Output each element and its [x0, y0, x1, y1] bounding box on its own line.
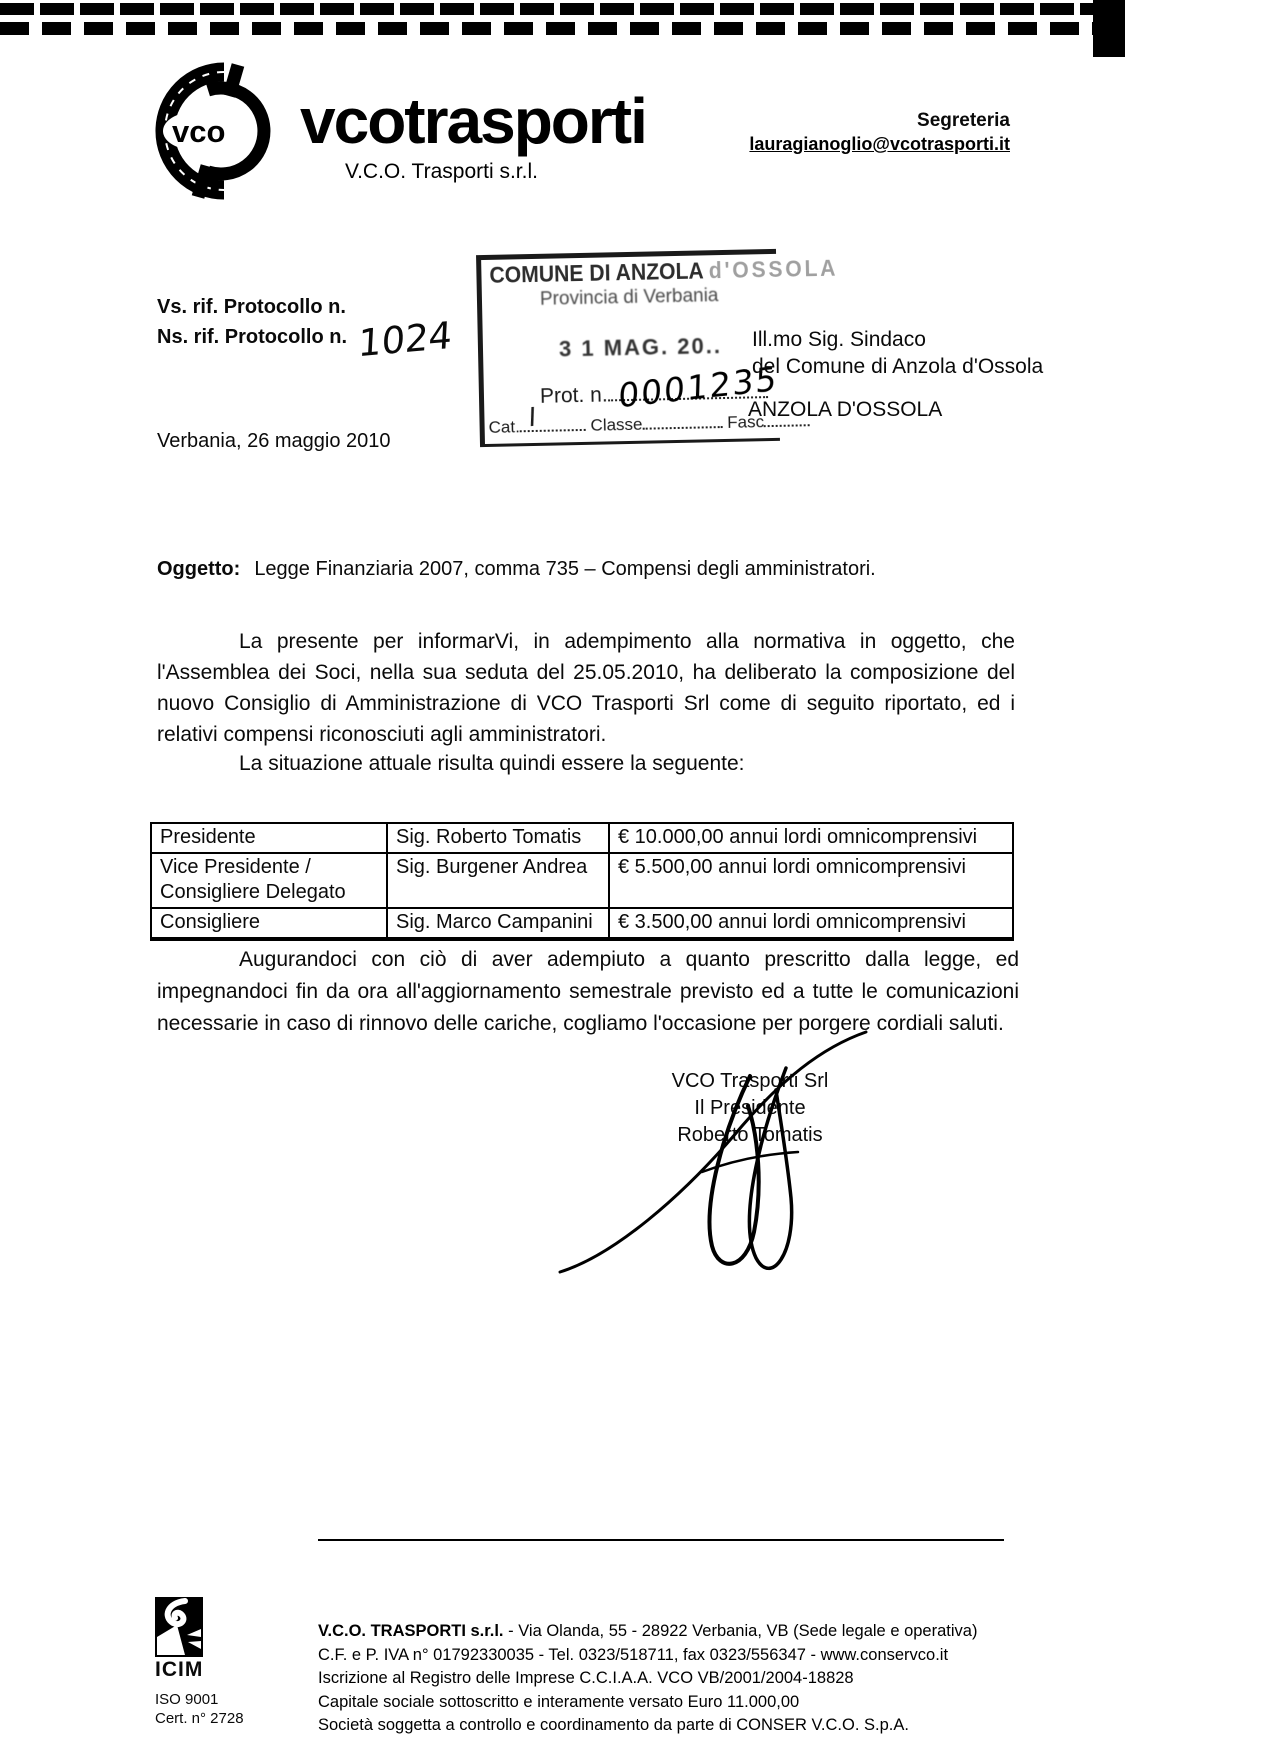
- name-cell: Sig. Roberto Tomatis: [387, 823, 609, 853]
- table-row: Consigliere Sig. Marco Campanini € 3.500…: [151, 908, 1013, 939]
- scanned-letter-page: vco vcotrasporti V.C.O. Trasporti s.r.l.…: [0, 0, 1275, 1755]
- scan-dash-strip: [0, 22, 1112, 35]
- department-label: Segreteria: [710, 110, 1010, 132]
- recipient-city: ANZOLA D'OSSOLA: [748, 398, 942, 422]
- recipient-line1: Ill.mo Sig. Sindaco: [752, 326, 1043, 353]
- stamp-commune-line: COMUNE DI ANZOLA d'OSSOLA: [489, 256, 754, 289]
- handwritten-signature: [552, 1018, 872, 1288]
- footer-divider: [318, 1539, 1004, 1541]
- footer-line-2: C.F. e P. IVA n° 01792330035 - Tel. 0323…: [318, 1644, 977, 1668]
- secretary-email-link[interactable]: lauragianoglio@vcotrasporti.it: [710, 134, 1010, 155]
- footer-line-3: Iscrizione al Registro delle Imprese C.C…: [318, 1667, 977, 1691]
- role-cell: Vice Presidente / Consigliere Delegato: [151, 853, 387, 908]
- fee-cell: € 5.500,00 annui lordi omnicomprensivi: [609, 853, 1013, 908]
- recipient-line2: del Comune di Anzola d'Ossola: [752, 353, 1043, 380]
- subject-text: Legge Finanziaria 2007, comma 735 – Comp…: [254, 558, 875, 580]
- footer-company-info: V.C.O. TRASPORTI s.r.l. - Via Olanda, 55…: [318, 1620, 977, 1738]
- stamp-category-line: Cat. Classe Fasc I: [488, 412, 779, 438]
- footer-line-5: Società soggetta a controllo e coordinam…: [318, 1714, 977, 1738]
- name-cell: Sig. Burgener Andrea: [387, 853, 609, 908]
- handwritten-protocol-number: 1024: [357, 314, 453, 366]
- iso-certification: ISO 9001 Cert. n° 2728: [155, 1690, 244, 1728]
- body-paragraph-1: La presente per informarVi, in adempimen…: [157, 626, 1015, 750]
- svg-text:vco: vco: [172, 114, 225, 149]
- dateline: Verbania, 26 maggio 2010: [157, 430, 391, 453]
- compensation-table: Presidente Sig. Roberto Tomatis € 10.000…: [150, 822, 1014, 941]
- fee-cell: € 10.000,00 annui lordi omnicomprensivi: [609, 823, 1013, 853]
- vs-rif-label: Vs. rif. Protocollo n.: [157, 296, 346, 319]
- icim-label: ICIM: [155, 1658, 203, 1682]
- stamp-protocol-line: Prot. n. 0001235: [540, 380, 779, 409]
- scan-corner-mark: [1093, 0, 1125, 57]
- stamp-province-line: Provincia di Verbania: [540, 284, 777, 311]
- table-row: Presidente Sig. Roberto Tomatis € 10.000…: [151, 823, 1013, 853]
- role-cell: Presidente: [151, 823, 387, 853]
- name-cell: Sig. Marco Campanini: [387, 908, 609, 939]
- fee-cell: € 3.500,00 annui lordi omnicomprensivi: [609, 908, 1013, 939]
- brand-wordmark: vcotrasporti: [300, 84, 646, 158]
- body-lead-in: La situazione attuale risulta quindi ess…: [239, 752, 745, 776]
- table-row: Vice Presidente / Consigliere Delegato S…: [151, 853, 1013, 908]
- brand-subtitle: V.C.O. Trasporti s.r.l.: [345, 160, 538, 184]
- role-cell: Consigliere: [151, 908, 387, 939]
- footer-line-4: Capitale sociale sottoscritto e interame…: [318, 1691, 977, 1715]
- ns-rif-label: Ns. rif. Protocollo n.: [157, 326, 347, 349]
- icim-cert-logo: [155, 1597, 203, 1657]
- stamp-date: 3 1 MAG. 20..: [559, 332, 778, 363]
- iso-line: ISO 9001: [155, 1690, 244, 1709]
- subject-line: Oggetto:Legge Finanziaria 2007, comma 73…: [157, 558, 876, 581]
- municipality-receipt-stamp: COMUNE DI ANZOLA d'OSSOLA Provincia di V…: [476, 249, 780, 447]
- footer-line-1: V.C.O. TRASPORTI s.r.l. - Via Olanda, 55…: [318, 1620, 977, 1644]
- scan-perforation-strip: [0, 3, 1112, 15]
- vco-logo: vco: [148, 60, 272, 202]
- handwritten-category: I: [528, 402, 537, 433]
- cert-number: Cert. n° 2728: [155, 1709, 244, 1728]
- subject-label: Oggetto:: [157, 558, 240, 580]
- recipient-address: Ill.mo Sig. Sindaco del Comune di Anzola…: [752, 326, 1043, 380]
